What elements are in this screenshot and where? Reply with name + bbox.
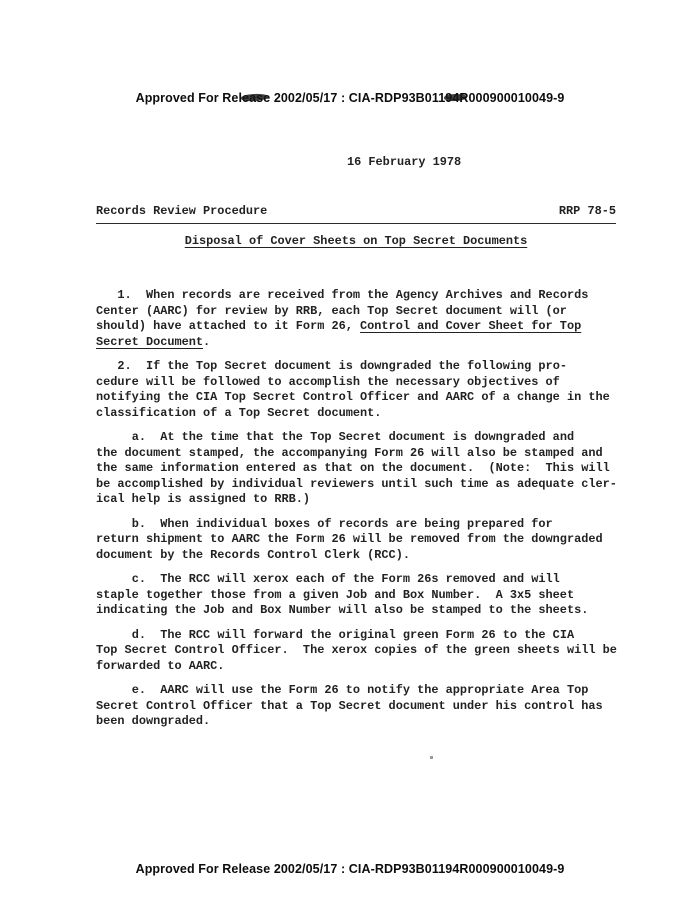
scan-artifact-dot <box>430 756 433 759</box>
document-date: 16 February 1978 <box>347 155 461 169</box>
subparagraph-c: c. The RCC will xerox each of the Form 2… <box>96 572 636 619</box>
subparagraph-a: a. At the time that the Top Secret docum… <box>96 430 636 508</box>
document-number: RRP 78-5 <box>559 204 616 218</box>
paragraph-1: 1. When records are received from the Ag… <box>96 288 636 350</box>
document-page: Approved For Release 2002/05/17 : CIA-RD… <box>0 0 700 906</box>
subparagraph-e: e. AARC will use the Form 26 to notify t… <box>96 683 636 730</box>
document-type: Records Review Procedure <box>96 204 267 218</box>
paragraph-2: 2. If the Top Secret document is downgra… <box>96 359 636 421</box>
document-body: 1. When records are received from the Ag… <box>96 288 636 739</box>
document-title-text: Disposal of Cover Sheets on Top Secret D… <box>185 234 528 248</box>
subparagraph-d: d. The RCC will forward the original gre… <box>96 628 636 675</box>
subparagraph-b: b. When individual boxes of records are … <box>96 517 636 564</box>
classification-header: Approved For Release 2002/05/17 : CIA-RD… <box>0 91 700 105</box>
paragraph-1-period: . <box>203 335 210 349</box>
subject-row: Records Review Procedure RRP 78-5 <box>96 204 616 224</box>
document-title: Disposal of Cover Sheets on Top Secret D… <box>96 234 616 248</box>
classification-footer: Approved For Release 2002/05/17 : CIA-RD… <box>0 862 700 876</box>
